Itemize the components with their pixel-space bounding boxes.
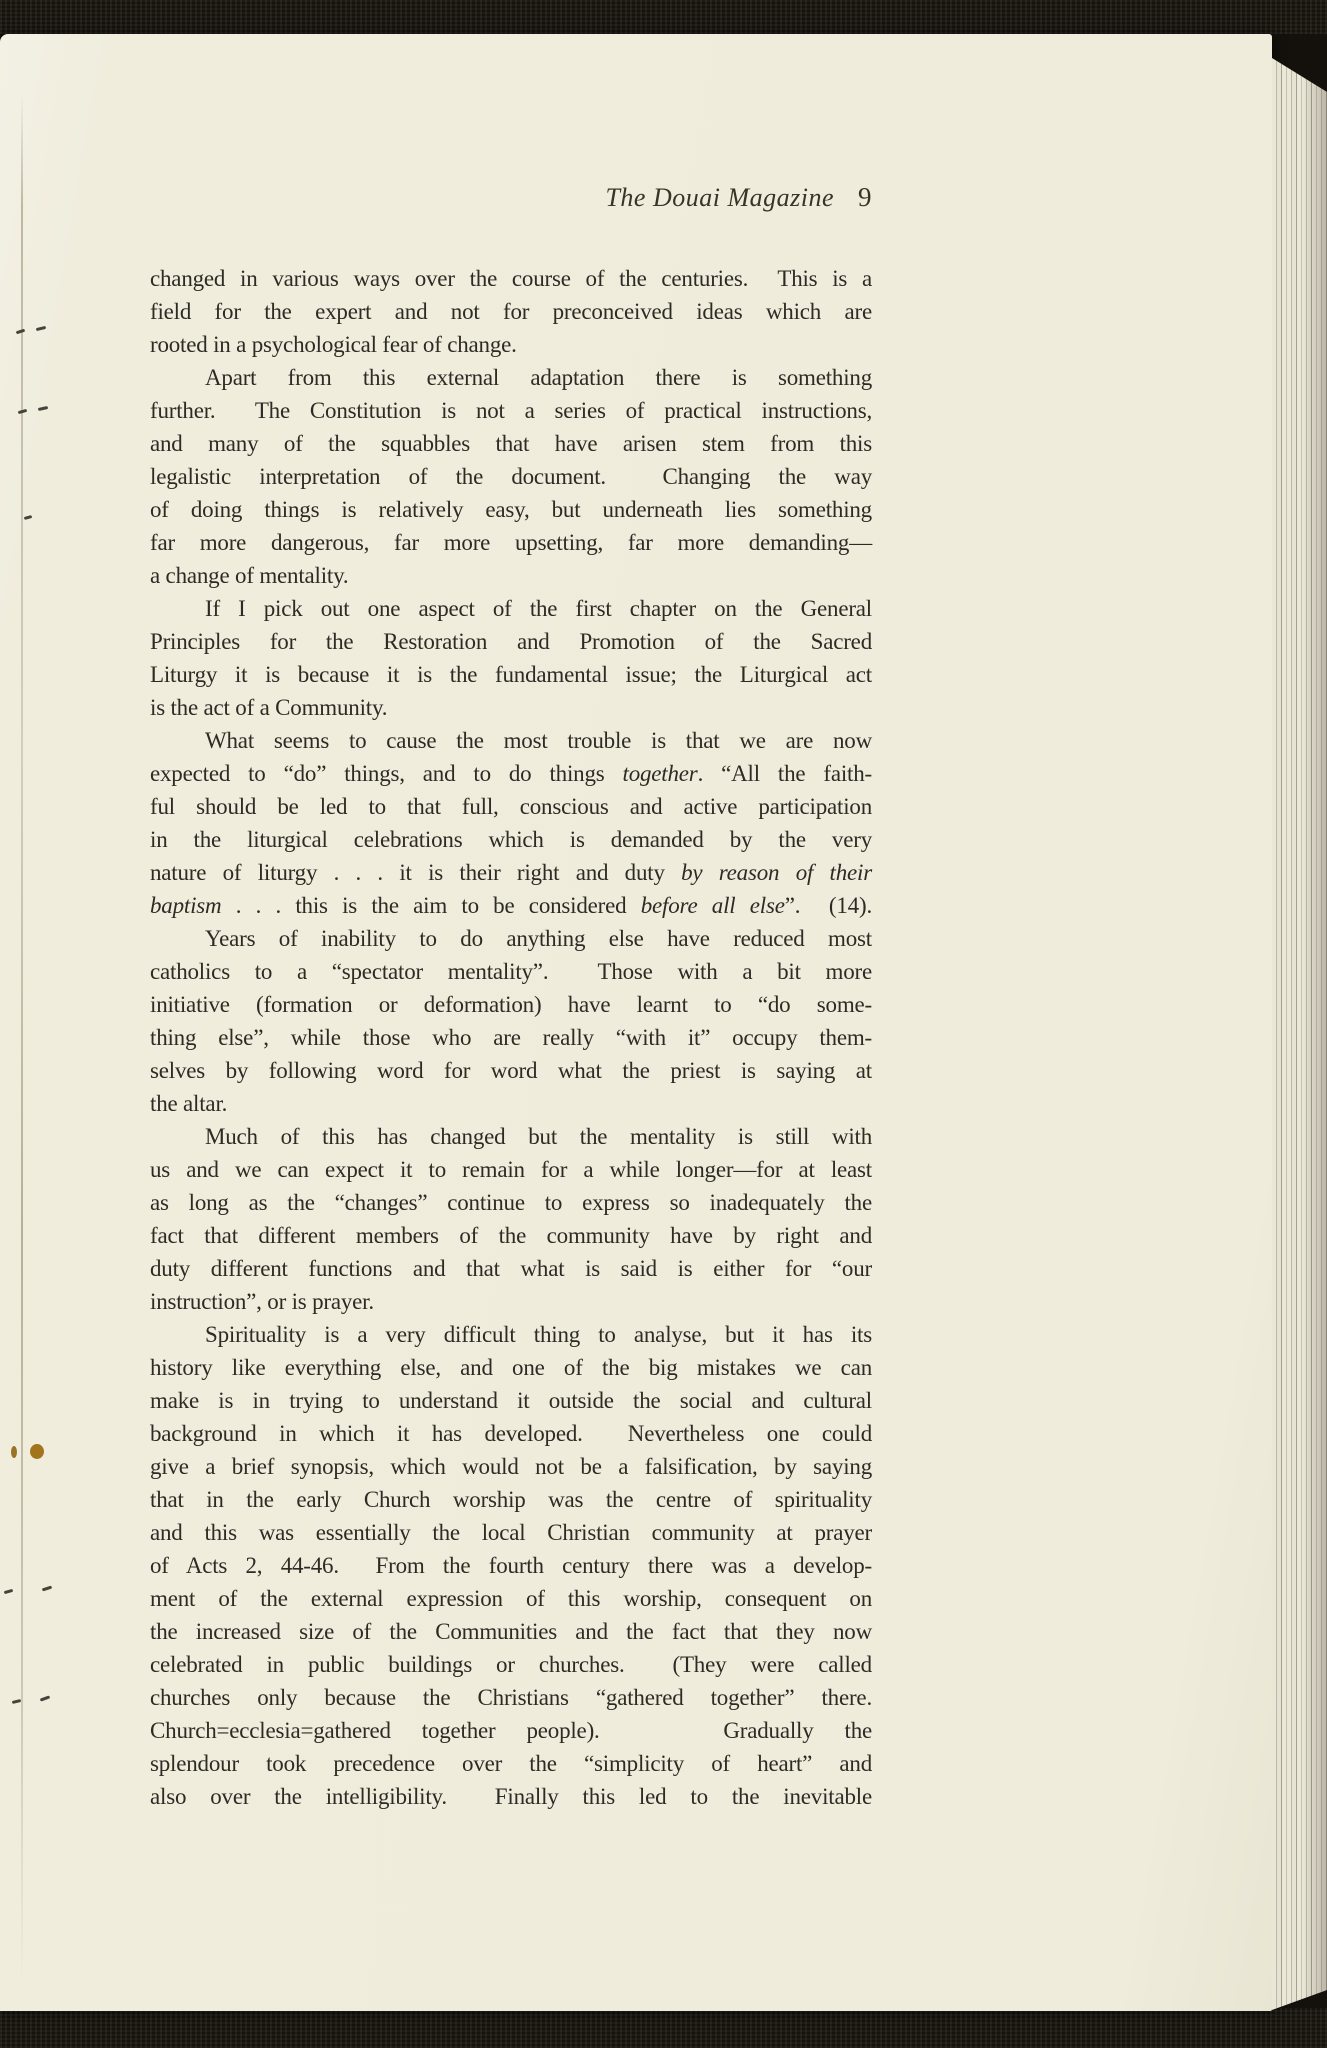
text-line: field for the expert and not for preconc… <box>150 295 872 328</box>
text-line: Apart from this external adaptation ther… <box>150 361 872 394</box>
text-line: nature of liturgy . . . it is their righ… <box>150 856 872 889</box>
text-line: history like everything else, and one of… <box>150 1351 872 1384</box>
text-line: baptism . . . this is the aim to be cons… <box>150 889 872 922</box>
text-line: instruction”, or is prayer. <box>150 1285 872 1318</box>
text-line: and this was essentially the local Chris… <box>150 1516 872 1549</box>
text-line: splendour took precedence over the “simp… <box>150 1747 872 1780</box>
text-line: fact that different members of the commu… <box>150 1219 872 1252</box>
fore-edge-page-stack <box>1272 44 1327 2010</box>
text-line: far more dangerous, far more upsetting, … <box>150 526 872 559</box>
text-line: of doing things is relatively easy, but … <box>150 493 872 526</box>
text-line: the increased size of the Communities an… <box>150 1615 872 1648</box>
text-line: rooted in a psychological fear of change… <box>150 328 872 361</box>
text-line: What seems to cause the most trouble is … <box>150 724 872 757</box>
page-number: 9 <box>858 182 872 212</box>
text-line: duty different functions and that what i… <box>150 1252 872 1285</box>
text-line: legalistic interpretation of the documen… <box>150 460 872 493</box>
text-line: a change of mentality. <box>150 559 872 592</box>
body-text: changed in various ways over the course … <box>150 262 872 1813</box>
stitch-mark <box>4 1589 13 1594</box>
gutter-crease <box>21 94 23 1984</box>
stitch-mark <box>24 515 33 520</box>
book-cover-bottom-edge <box>0 2008 1327 2048</box>
text-line: is the act of a Community. <box>150 691 872 724</box>
text-line: celebrated in public buildings or church… <box>150 1648 872 1681</box>
stain-mark <box>30 1444 44 1459</box>
text-line: catholics to a “spectator mentality”. Th… <box>150 955 872 988</box>
text-line: Principles for the Restoration and Promo… <box>150 625 872 658</box>
text-line: Much of this has changed but the mentali… <box>150 1120 872 1153</box>
text-line: further. The Constitution is not a serie… <box>150 394 872 427</box>
text-line: ment of the external expression of this … <box>150 1582 872 1615</box>
book-cover-top-edge <box>0 0 1327 34</box>
book-page: The Douai Magazine9 changed in various w… <box>0 34 1272 2011</box>
text-line: give a brief synopsis, which would not b… <box>150 1450 872 1483</box>
stitch-mark <box>36 326 46 331</box>
text-line: Spirituality is a very difficult thing t… <box>150 1318 872 1351</box>
text-line: initiative (formation or deformation) ha… <box>150 988 872 1021</box>
text-line: background in which it has developed. Ne… <box>150 1417 872 1450</box>
text-line: changed in various ways over the course … <box>150 262 872 295</box>
stain-mark <box>11 1446 17 1458</box>
stitch-mark <box>42 1586 52 1592</box>
text-line: in the liturgical celebrations which is … <box>150 823 872 856</box>
text-line: also over the intelligibility. Finally t… <box>150 1780 872 1813</box>
text-line: ful should be led to that full, consciou… <box>150 790 872 823</box>
text-line: and many of the squabbles that have aris… <box>150 427 872 460</box>
text-line: us and we can expect it to remain for a … <box>150 1153 872 1186</box>
stitch-mark <box>38 406 48 411</box>
text-line: the altar. <box>150 1087 872 1120</box>
text-line: selves by following word for word what t… <box>150 1054 872 1087</box>
book-photo: The Douai Magazine9 changed in various w… <box>0 0 1327 2048</box>
text-line: Years of inability to do anything else h… <box>150 922 872 955</box>
text-line: of Acts 2, 44-46. From the fourth centur… <box>150 1549 872 1582</box>
stitch-mark <box>12 1699 21 1704</box>
text-line: Church=ecclesia=gathered together people… <box>150 1714 872 1747</box>
text-line: If I pick out one aspect of the first ch… <box>150 592 872 625</box>
text-line: as long as the “changes” continue to exp… <box>150 1186 872 1219</box>
stitch-mark <box>40 1695 50 1701</box>
text-line: that in the early Church worship was the… <box>150 1483 872 1516</box>
text-line: expected to “do” things, and to do thing… <box>150 757 872 790</box>
running-header: The Douai Magazine9 <box>605 182 872 213</box>
text-line: churches only because the Christians “ga… <box>150 1681 872 1714</box>
text-line: Liturgy it is because it is the fundamen… <box>150 658 872 691</box>
text-line: make is in trying to understand it outsi… <box>150 1384 872 1417</box>
text-line: thing else”, while those who are really … <box>150 1021 872 1054</box>
journal-title: The Douai Magazine <box>605 183 834 212</box>
